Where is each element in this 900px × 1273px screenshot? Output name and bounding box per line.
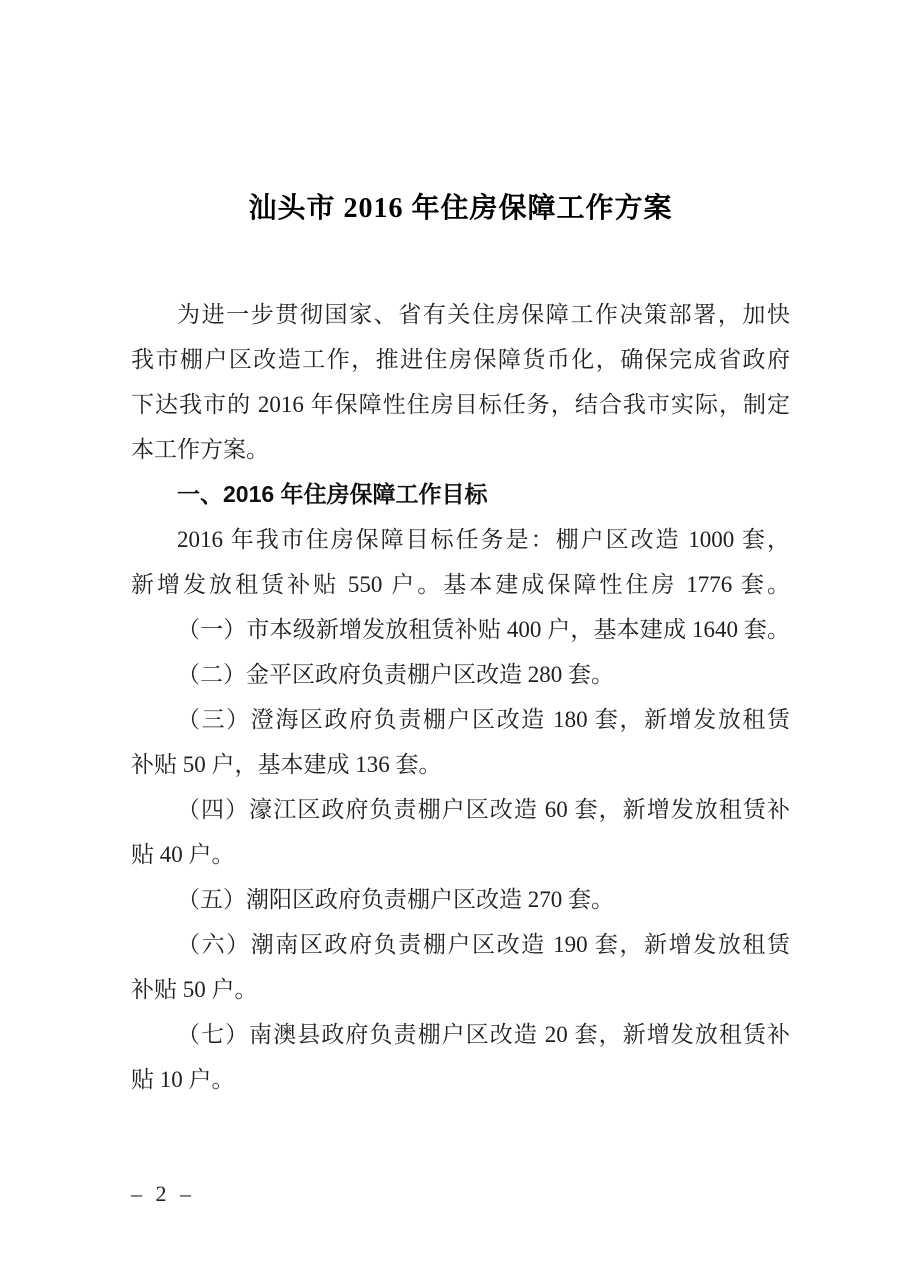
section-one-lead-line-1: 2016 年我市住房保障目标任务是：棚户区改造 1000 套， bbox=[131, 517, 790, 562]
item-3-line-1: （三）澄海区政府负责棚户区改造 180 套，新增发放租赁 bbox=[131, 697, 790, 742]
document-page: 汕头市 2016 年住房保障工作方案 为进一步贯彻国家、省有关住房保障工作决策部… bbox=[0, 0, 900, 1273]
section-one-lead-line-2: 新增发放租赁补贴 550 户。基本建成保障性住房 1776 套。 bbox=[131, 562, 790, 607]
document-title: 汕头市 2016 年住房保障工作方案 bbox=[131, 191, 790, 227]
item-7-line-1: （七）南澳县政府负责棚户区改造 20 套，新增发放租赁补 bbox=[131, 1012, 790, 1057]
item-4-line-2: 贴 40 户。 bbox=[131, 832, 790, 877]
item-2-line-1: （二）金平区政府负责棚户区改造 280 套。 bbox=[131, 652, 790, 697]
page-number: – 2 – bbox=[131, 1181, 195, 1207]
section-one-heading: 一、2016 年住房保障工作目标 bbox=[131, 472, 790, 517]
document-content: 汕头市 2016 年住房保障工作方案 为进一步贯彻国家、省有关住房保障工作决策部… bbox=[131, 0, 790, 1102]
item-6-line-2: 补贴 50 户。 bbox=[131, 967, 790, 1012]
item-3-line-2: 补贴 50 户，基本建成 136 套。 bbox=[131, 742, 790, 787]
item-6-line-1: （六）潮南区政府负责棚户区改造 190 套，新增发放租赁 bbox=[131, 922, 790, 967]
intro-line-2: 我市棚户区改造工作，推进住房保障货币化，确保完成省政府 bbox=[131, 337, 790, 382]
item-7-line-2: 贴 10 户。 bbox=[131, 1057, 790, 1102]
intro-line-1: 为进一步贯彻国家、省有关住房保障工作决策部署，加快 bbox=[131, 292, 790, 337]
item-4-line-1: （四）濠江区政府负责棚户区改造 60 套，新增发放租赁补 bbox=[131, 787, 790, 832]
intro-line-3: 下达我市的 2016 年保障性住房目标任务，结合我市实际，制定 bbox=[131, 382, 790, 427]
intro-line-4: 本工作方案。 bbox=[131, 427, 790, 472]
item-1-line-1: （一）市本级新增发放租赁补贴 400 户，基本建成 1640 套。 bbox=[131, 607, 790, 652]
item-5-line-1: （五）潮阳区政府负责棚户区改造 270 套。 bbox=[131, 877, 790, 922]
document-body: 为进一步贯彻国家、省有关住房保障工作决策部署，加快 我市棚户区改造工作，推进住房… bbox=[131, 292, 790, 1102]
